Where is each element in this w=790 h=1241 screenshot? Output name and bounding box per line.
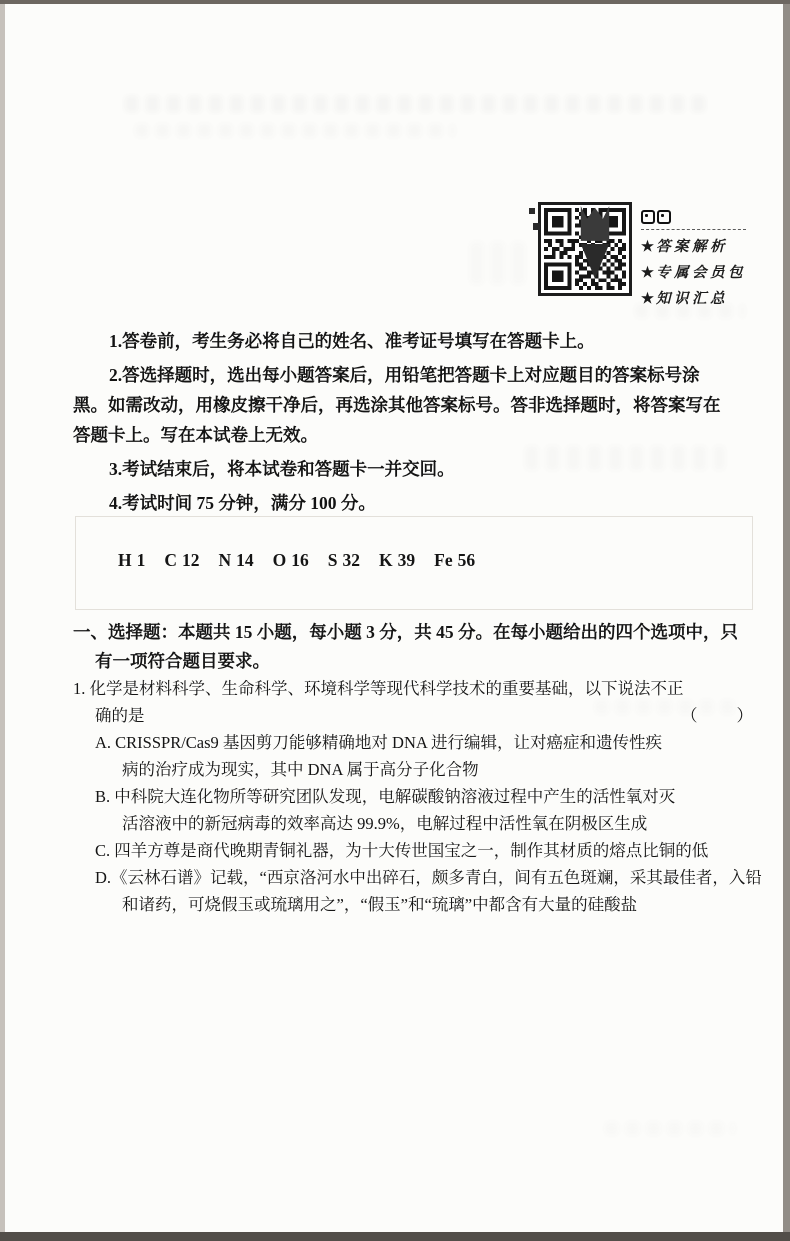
photo-edge-right — [783, 0, 790, 1241]
question-stem-line: 1. 化学是材料科学、生命科学、环境科学等现代科学技术的重要基础，以下说法不正 — [73, 675, 755, 702]
qr-panel: ★答案解析★专属会员包★知识汇总 — [538, 202, 760, 308]
option-line: 和诸药，可烧假玉或琉璃用之”，“假玉”和“琉璃”中都含有大量的硅酸盐 — [73, 891, 755, 918]
element-mass: 16 — [291, 550, 309, 570]
stem-text: 1. 化学是材料科学、生命科学、环境科学等现代科学技术的重要基础，以下说法不正 — [73, 679, 684, 698]
mass-entry: Fe56 — [434, 550, 475, 570]
star-icon: ★ — [641, 265, 654, 281]
answer-bracket: （ ） — [681, 702, 755, 729]
benefit-item: ★知识汇总 — [641, 287, 746, 308]
benefit-text: 专属会员包 — [656, 265, 746, 281]
mass-entry: H1 — [118, 550, 145, 570]
element-symbol: K — [379, 550, 393, 570]
benefit-item: ★答案解析 — [641, 235, 746, 256]
notice-line: 4.考试时间 75 分钟，满分 100 分。 — [73, 488, 755, 518]
option-line: 病的治疗成为现实，其中 DNA 属于高分子化合物 — [73, 756, 755, 783]
notice-item: 2.答选择题时，选出每小题答案后，用铅笔把答题卡上对应题目的答案标号涂黑。如需改… — [73, 360, 755, 450]
notice-item: 4.考试时间 75 分钟，满分 100 分。 — [73, 488, 755, 518]
notice-line: 2.答选择题时，选出每小题答案后，用铅笔把答题卡上对应题目的答案标号涂 — [73, 360, 755, 390]
questions-list: 1. 化学是材料科学、生命科学、环境科学等现代科学技术的重要基础，以下说法不正（… — [73, 675, 755, 918]
notice-line: 答题卡上。写在本试卷上无效。 — [73, 420, 755, 450]
stem-text: 确的是 — [95, 706, 145, 725]
notice-item: 1.答卷前，考生务必将自己的姓名、准考证号填写在答题卡上。 — [73, 326, 755, 356]
element-mass: 39 — [398, 550, 416, 570]
element-symbol: C — [164, 550, 177, 570]
section-heading: 一、选择题：本题共 15 小题，每小题 3 分，共 45 分。在每小题给出的四个… — [73, 618, 755, 676]
atomic-mass-box: H1C12N14O16S32K39Fe56 — [75, 516, 753, 610]
question-stem-line: （ ）确的是 — [73, 702, 755, 729]
notice-line: 黑。如需改动，用橡皮擦干净后，再选涂其他答案标号。答非选择题时，将答案写在 — [73, 390, 755, 420]
element-mass: 32 — [343, 550, 361, 570]
section-heading-line: 有一项符合题目要求。 — [73, 647, 755, 676]
option-line: 活溶液中的新冠病毒的效率高达 99.9%，电解过程中活性氧在阴极区生成 — [73, 810, 755, 837]
benefit-text: 知识汇总 — [656, 291, 728, 307]
notice-item: 3.考试结束后，将本试卷和答题卡一并交回。 — [73, 454, 755, 484]
option-line: A. CRISSPR/Cas9 基因剪刀能够精确地对 DNA 进行编辑，让对癌症… — [73, 729, 755, 756]
mass-entry: K39 — [379, 550, 415, 570]
notice-section: 1.答卷前，考生务必将自己的姓名、准考证号填写在答题卡上。2.答选择题时，选出每… — [73, 316, 755, 522]
mass-entry: C12 — [164, 550, 199, 570]
scanned-exam-photo: { "page": { "title": "高考适应性训练", "subject… — [0, 0, 790, 1241]
scan-logo-icon — [641, 210, 671, 224]
benefit-list: ★答案解析★专属会员包★知识汇总 — [641, 235, 746, 308]
pen-icon — [554, 203, 636, 285]
bleedthrough-smudge — [605, 1122, 735, 1135]
star-icon: ★ — [641, 239, 654, 255]
element-symbol: Fe — [434, 550, 452, 570]
element-mass: 12 — [182, 550, 200, 570]
section-heading-line: 一、选择题：本题共 15 小题，每小题 3 分，共 45 分。在每小题给出的四个… — [73, 618, 755, 647]
benefit-item: ★专属会员包 — [641, 261, 746, 282]
element-symbol: H — [118, 550, 132, 570]
element-mass: 1 — [137, 550, 146, 570]
notice-items: 1.答卷前，考生务必将自己的姓名、准考证号填写在答题卡上。2.答选择题时，选出每… — [73, 326, 755, 518]
element-symbol: O — [273, 550, 287, 570]
mass-entry: N14 — [219, 550, 254, 570]
option-line: D.《云林石谱》记载，“西京洛河水中出碎石，颇多青白，间有五色斑斓，采其最佳者，… — [73, 864, 755, 891]
photo-edge-bottom — [0, 1232, 790, 1241]
benefit-text: 答案解析 — [656, 239, 728, 255]
mass-entry: S32 — [328, 550, 360, 570]
scan-row — [641, 210, 746, 230]
element-mass: 14 — [236, 550, 254, 570]
qr-text-panel: ★答案解析★专属会员包★知识汇总 — [641, 202, 746, 308]
option-line: C. 四羊方尊是商代晚期青铜礼器，为十大传世国宝之一，制作其材质的熔点比铜的低 — [73, 837, 755, 864]
mass-entry: O16 — [273, 550, 309, 570]
qr-code — [538, 202, 632, 296]
question: 1. 化学是材料科学、生命科学、环境科学等现代科学技术的重要基础，以下说法不正（… — [73, 675, 755, 918]
bleedthrough-smudge — [125, 96, 705, 112]
notice-line: 3.考试结束后，将本试卷和答题卡一并交回。 — [73, 454, 755, 484]
exam-page: ★答案解析★专属会员包★知识汇总 1.答卷前，考生务必将自己的姓名、准考证号填写… — [5, 4, 783, 1232]
element-mass: 56 — [458, 550, 476, 570]
atomic-mass-line: H1C12N14O16S32K39Fe56 — [118, 550, 494, 571]
star-icon: ★ — [641, 291, 654, 307]
option-line: B. 中科院大连化物所等研究团队发现，电解碳酸钠溶液过程中产生的活性氧对灭 — [73, 783, 755, 810]
bleedthrough-smudge — [135, 124, 455, 137]
element-symbol: S — [328, 550, 338, 570]
notice-line: 1.答卷前，考生务必将自己的姓名、准考证号填写在答题卡上。 — [73, 326, 755, 356]
bleedthrough-smudge — [470, 242, 525, 284]
element-symbol: N — [219, 550, 232, 570]
